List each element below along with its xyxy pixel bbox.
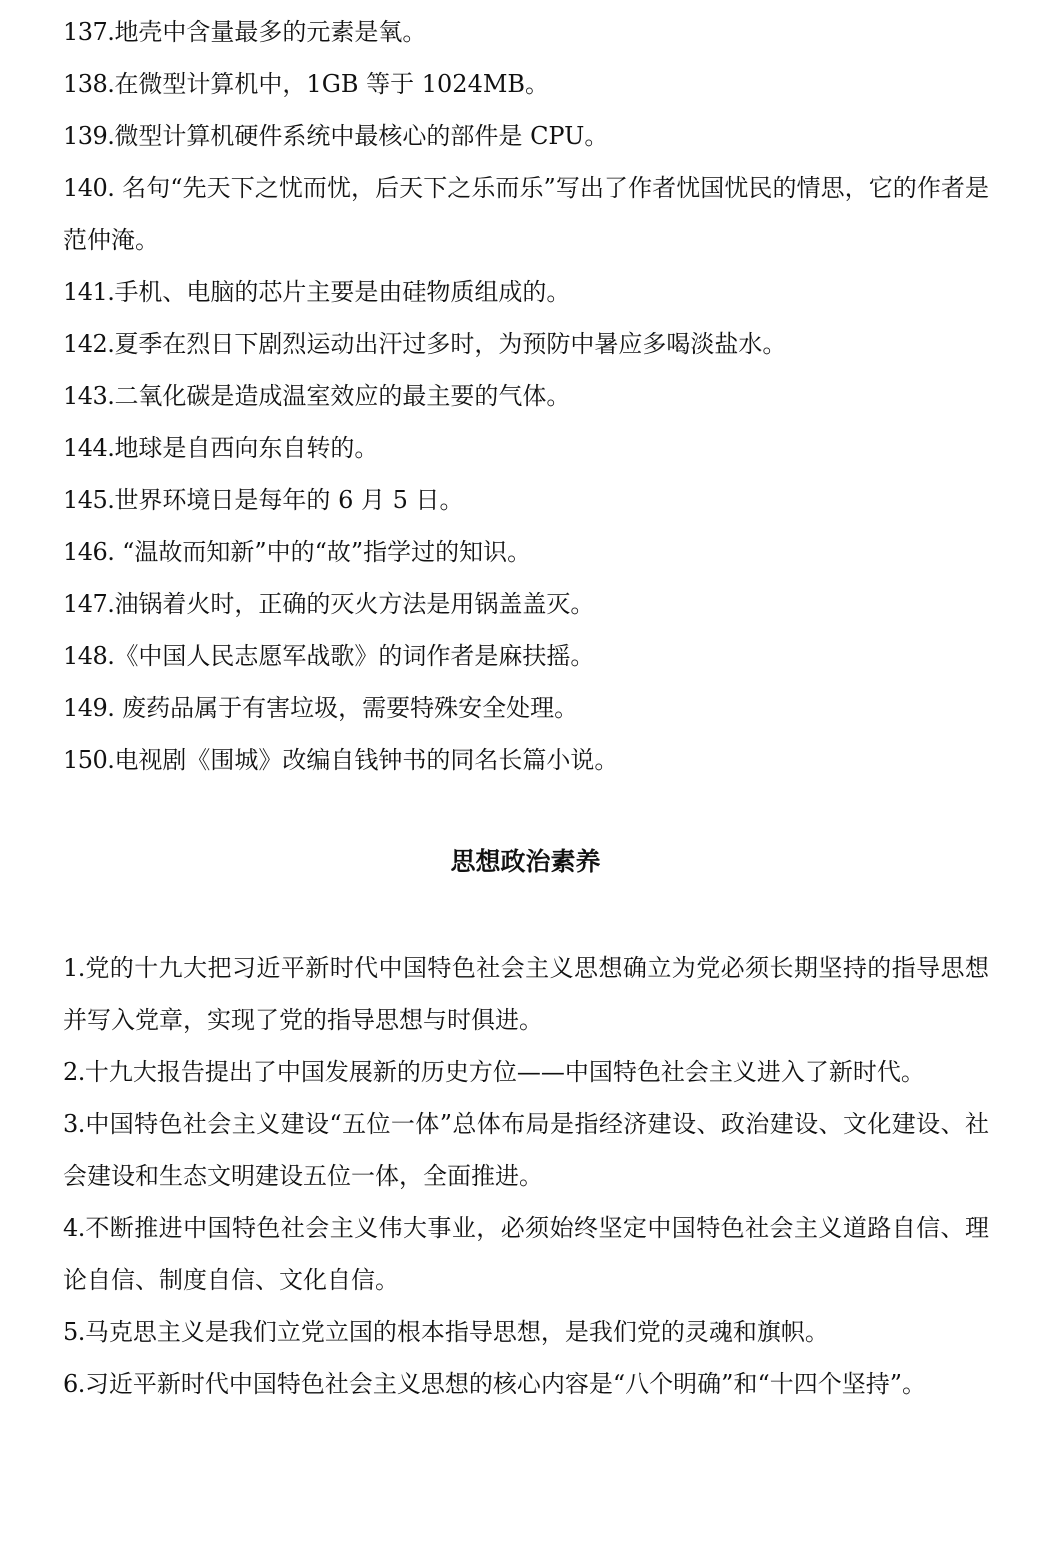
item-text: 习近平新时代中国特色社会主义思想的核心内容是“八个明确”和“十四个坚持”。 (85, 1370, 926, 1398)
item-text: 不断推进中国特色社会主义伟大事业，必须始终坚定中国特色社会主义道路自信、理论自信… (63, 1214, 989, 1294)
item-number: 1. (63, 954, 85, 982)
item-text: 马克思主义是我们立党立国的根本指导思想，是我们党的灵魂和旗帜。 (85, 1318, 829, 1346)
section-title: 思想政治素养 (0, 840, 1051, 884)
item-number: 4. (63, 1214, 85, 1242)
item-number: 143. (63, 382, 114, 410)
list-item: 142.夏季在烈日下剧烈运动出汗过多时，为预防中暑应多喝淡盐水。 (63, 318, 989, 370)
item-text: 十九大报告提出了中国发展新的历史方位——中国特色社会主义进入了新时代。 (85, 1058, 925, 1086)
list-item: 148.《中国人民志愿军战歌》的词作者是麻扶摇。 (63, 630, 989, 682)
list-item: 138.在微型计算机中，1GB 等于 1024MB。 (63, 58, 989, 110)
item-number: 142. (63, 330, 114, 358)
list-item: 145.世界环境日是每年的 6 月 5 日。 (63, 474, 989, 526)
item-text: 党的十九大把习近平新时代中国特色社会主义思想确立为党必须长期坚持的指导思想并写入… (63, 954, 989, 1034)
item-number: 141. (63, 278, 114, 306)
item-number: 144. (63, 434, 114, 462)
item-text: “温故而知新”中的“故”指学过的知识。 (114, 538, 531, 566)
item-text: 废药品属于有害垃圾，需要特殊安全处理。 (114, 694, 578, 722)
item-number: 148. (63, 642, 114, 670)
item-text: 微型计算机硬件系统中最核心的部件是 CPU。 (114, 122, 608, 150)
item-number: 145. (63, 486, 114, 514)
list-item: 147.油锅着火时，正确的灭火方法是用锅盖盖灭。 (63, 578, 989, 630)
item-number: 150. (63, 746, 114, 774)
item-number: 6. (63, 1370, 85, 1398)
item-text: 夏季在烈日下剧烈运动出汗过多时，为预防中暑应多喝淡盐水。 (114, 330, 786, 358)
item-number: 138. (63, 70, 114, 98)
list-item: 150.电视剧《围城》改编自钱钟书的同名长篇小说。 (63, 734, 989, 786)
item-text: 中国特色社会主义建设“五位一体”总体布局是指经济建设、政治建设、文化建设、社会建… (63, 1110, 989, 1190)
item-text: 手机、电脑的芯片主要是由硅物质组成的。 (114, 278, 570, 306)
list-item: 137.地壳中含量最多的元素是氧。 (63, 6, 989, 58)
item-text: 二氧化碳是造成温室效应的最主要的气体。 (114, 382, 570, 410)
list-item: 144.地球是自西向东自转的。 (63, 422, 989, 474)
list-item: 1.党的十九大把习近平新时代中国特色社会主义思想确立为党必须长期坚持的指导思想并… (63, 942, 989, 1046)
list-item: 3.中国特色社会主义建设“五位一体”总体布局是指经济建设、政治建设、文化建设、社… (63, 1098, 989, 1202)
list-item: 6.习近平新时代中国特色社会主义思想的核心内容是“八个明确”和“十四个坚持”。 (63, 1358, 989, 1410)
item-text: 地球是自西向东自转的。 (114, 434, 378, 462)
item-number: 2. (63, 1058, 85, 1086)
item-number: 146. (63, 538, 114, 566)
item-number: 139. (63, 122, 114, 150)
item-number: 5. (63, 1318, 85, 1346)
item-text: 地壳中含量最多的元素是氧。 (114, 18, 426, 46)
list-item: 149. 废药品属于有害垃圾，需要特殊安全处理。 (63, 682, 989, 734)
item-number: 3. (63, 1110, 85, 1138)
political-literacy-list: 1.党的十九大把习近平新时代中国特色社会主义思想确立为党必须长期坚持的指导思想并… (63, 942, 989, 1410)
item-text: 名句“先天下之忧而忧，后天下之乐而乐”写出了作者忧国忧民的情思，它的作者是范仲淹… (63, 174, 989, 254)
list-item: 4.不断推进中国特色社会主义伟大事业，必须始终坚定中国特色社会主义道路自信、理论… (63, 1202, 989, 1306)
list-item: 141.手机、电脑的芯片主要是由硅物质组成的。 (63, 266, 989, 318)
item-text: 世界环境日是每年的 6 月 5 日。 (114, 486, 463, 514)
item-text: 油锅着火时，正确的灭火方法是用锅盖盖灭。 (114, 590, 594, 618)
item-number: 140. (63, 174, 114, 202)
item-text: 《中国人民志愿军战歌》的词作者是麻扶摇。 (114, 642, 594, 670)
item-text: 电视剧《围城》改编自钱钟书的同名长篇小说。 (114, 746, 618, 774)
list-item: 5.马克思主义是我们立党立国的根本指导思想，是我们党的灵魂和旗帜。 (63, 1306, 989, 1358)
list-item: 143.二氧化碳是造成温室效应的最主要的气体。 (63, 370, 989, 422)
item-number: 147. (63, 590, 114, 618)
item-number: 149. (63, 694, 114, 722)
item-text: 在微型计算机中，1GB 等于 1024MB。 (114, 70, 549, 98)
list-item: 146. “温故而知新”中的“故”指学过的知识。 (63, 526, 989, 578)
list-item: 2.十九大报告提出了中国发展新的历史方位——中国特色社会主义进入了新时代。 (63, 1046, 989, 1098)
item-number: 137. (63, 18, 114, 46)
list-item: 139.微型计算机硬件系统中最核心的部件是 CPU。 (63, 110, 989, 162)
list-item: 140. 名句“先天下之忧而忧，后天下之乐而乐”写出了作者忧国忧民的情思，它的作… (63, 162, 989, 266)
general-knowledge-list: 137.地壳中含量最多的元素是氧。 138.在微型计算机中，1GB 等于 102… (63, 6, 989, 786)
